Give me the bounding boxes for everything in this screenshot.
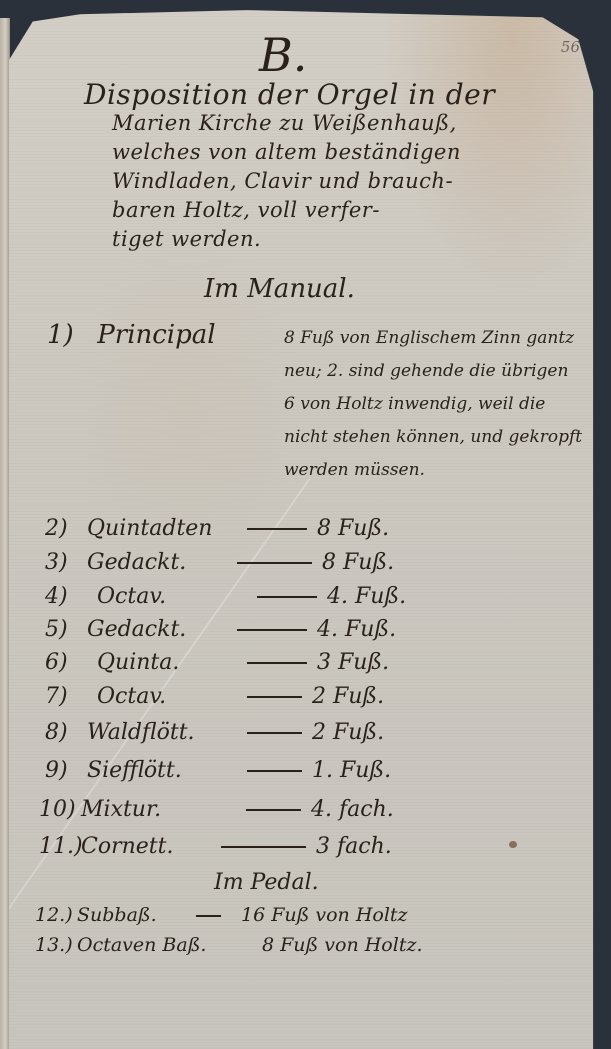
stop-name: Waldflött. — [87, 720, 237, 745]
title-line: Marien Kirche zu Weißenhauß, — [84, 109, 584, 138]
stop-number: 7) — [45, 684, 87, 709]
stop-number: 12.) — [35, 904, 77, 926]
stop-size: 8 Fuß. — [322, 550, 394, 575]
stop-row: 9)Siefflött.1. Fuß. — [45, 758, 391, 783]
stop-number: 8) — [45, 720, 87, 745]
stop-principal: 1) Principal — [47, 320, 216, 350]
stop-number: 11.) — [39, 834, 81, 859]
stop-number: 5) — [45, 617, 87, 642]
stop-size: 8 Fuß von Holtz. — [262, 934, 423, 956]
stop-row: 7)Octav.2 Fuß. — [45, 684, 384, 709]
stop-name: Gedackt. — [87, 550, 227, 575]
stop-name: Octaven Baß. — [77, 934, 262, 956]
stop-number: 2) — [45, 516, 87, 541]
dash-rule — [247, 696, 302, 698]
section-letter: B. — [259, 28, 307, 82]
stop-row: 3)Gedackt.8 Fuß. — [45, 550, 394, 575]
stop-number: 9) — [45, 758, 87, 783]
stop-row: 8)Waldflött.2 Fuß. — [45, 720, 384, 745]
stop-number: 4) — [45, 584, 87, 609]
stop-size: 3 Fuß. — [317, 650, 389, 675]
stop-size: 16 Fuß von Holtz — [241, 904, 408, 926]
dash-rule — [257, 596, 317, 598]
stop-size: 4. fach. — [311, 797, 394, 822]
dash-rule — [237, 562, 312, 564]
stop-row: 10)Mixtur.4. fach. — [39, 797, 394, 822]
dash-rule — [237, 629, 307, 631]
stop-size: 2 Fuß. — [312, 684, 384, 709]
manuscript-page: 56 B. Disposition der Orgel in der Marie… — [9, 8, 602, 1049]
stop-size: 4. Fuß. — [317, 617, 396, 642]
dash-rule — [247, 732, 302, 734]
dash-rule — [247, 770, 302, 772]
stop-number: 3) — [45, 550, 87, 575]
stop-number: 6) — [45, 650, 87, 675]
principal-note: 8 Fuß von Englischem Zinn gantz neu; 2. … — [284, 322, 584, 487]
stop-name: Principal — [97, 320, 215, 350]
title-line: tiget werden. — [84, 225, 584, 254]
dash-rule — [246, 809, 301, 811]
stop-name: Octav. — [87, 584, 247, 609]
stop-name: Cornett. — [81, 834, 211, 859]
stop-name: Quintadten — [87, 516, 237, 541]
stop-size: 4. Fuß. — [327, 584, 406, 609]
stop-size: 3 fach. — [316, 834, 392, 859]
title-line: baren Holtz, voll verfer- — [84, 196, 584, 225]
stop-row: 2)Quintadten8 Fuß. — [45, 516, 389, 541]
stop-row: 11.)Cornett.3 fach. — [39, 834, 392, 859]
stop-number: 13.) — [35, 934, 77, 956]
dash-rule — [247, 528, 307, 530]
stop-size: 8 Fuß. — [317, 516, 389, 541]
stop-size: 2 Fuß. — [312, 720, 384, 745]
stop-number: 1) — [47, 320, 89, 350]
stop-name: Siefflött. — [87, 758, 237, 783]
stop-row: 12.)Subbaß.16 Fuß von Holtz — [35, 904, 408, 926]
folio-number: 56 — [561, 38, 580, 56]
stop-row: 4)Octav.4. Fuß. — [45, 584, 406, 609]
dash-rule — [247, 662, 307, 664]
stop-name: Gedackt. — [87, 617, 227, 642]
document-title: Disposition der Orgel in der Marien Kirc… — [84, 80, 584, 254]
title-line: welches von altem beständigen — [84, 138, 584, 167]
adjacent-page-edge — [0, 18, 10, 1049]
pedal-heading: Im Pedal. — [214, 870, 319, 895]
stop-name: Subbaß. — [77, 904, 192, 926]
stop-name: Quinta. — [87, 650, 237, 675]
dash-rule — [196, 915, 221, 917]
title-line: Disposition der Orgel in der — [84, 80, 584, 109]
stop-name: Octav. — [87, 684, 237, 709]
stop-row: 13.)Octaven Baß.8 Fuß von Holtz. — [35, 934, 423, 956]
stop-number: 10) — [39, 797, 81, 822]
title-line: Windladen, Clavir und brauch- — [84, 167, 584, 196]
stop-row: 6)Quinta.3 Fuß. — [45, 650, 389, 675]
ink-stain — [509, 841, 517, 848]
stop-name: Mixtur. — [81, 797, 236, 822]
stop-row: 5)Gedackt.4. Fuß. — [45, 617, 396, 642]
dash-rule — [221, 846, 306, 848]
stop-size: 1. Fuß. — [312, 758, 391, 783]
manual-heading: Im Manual. — [204, 274, 355, 304]
